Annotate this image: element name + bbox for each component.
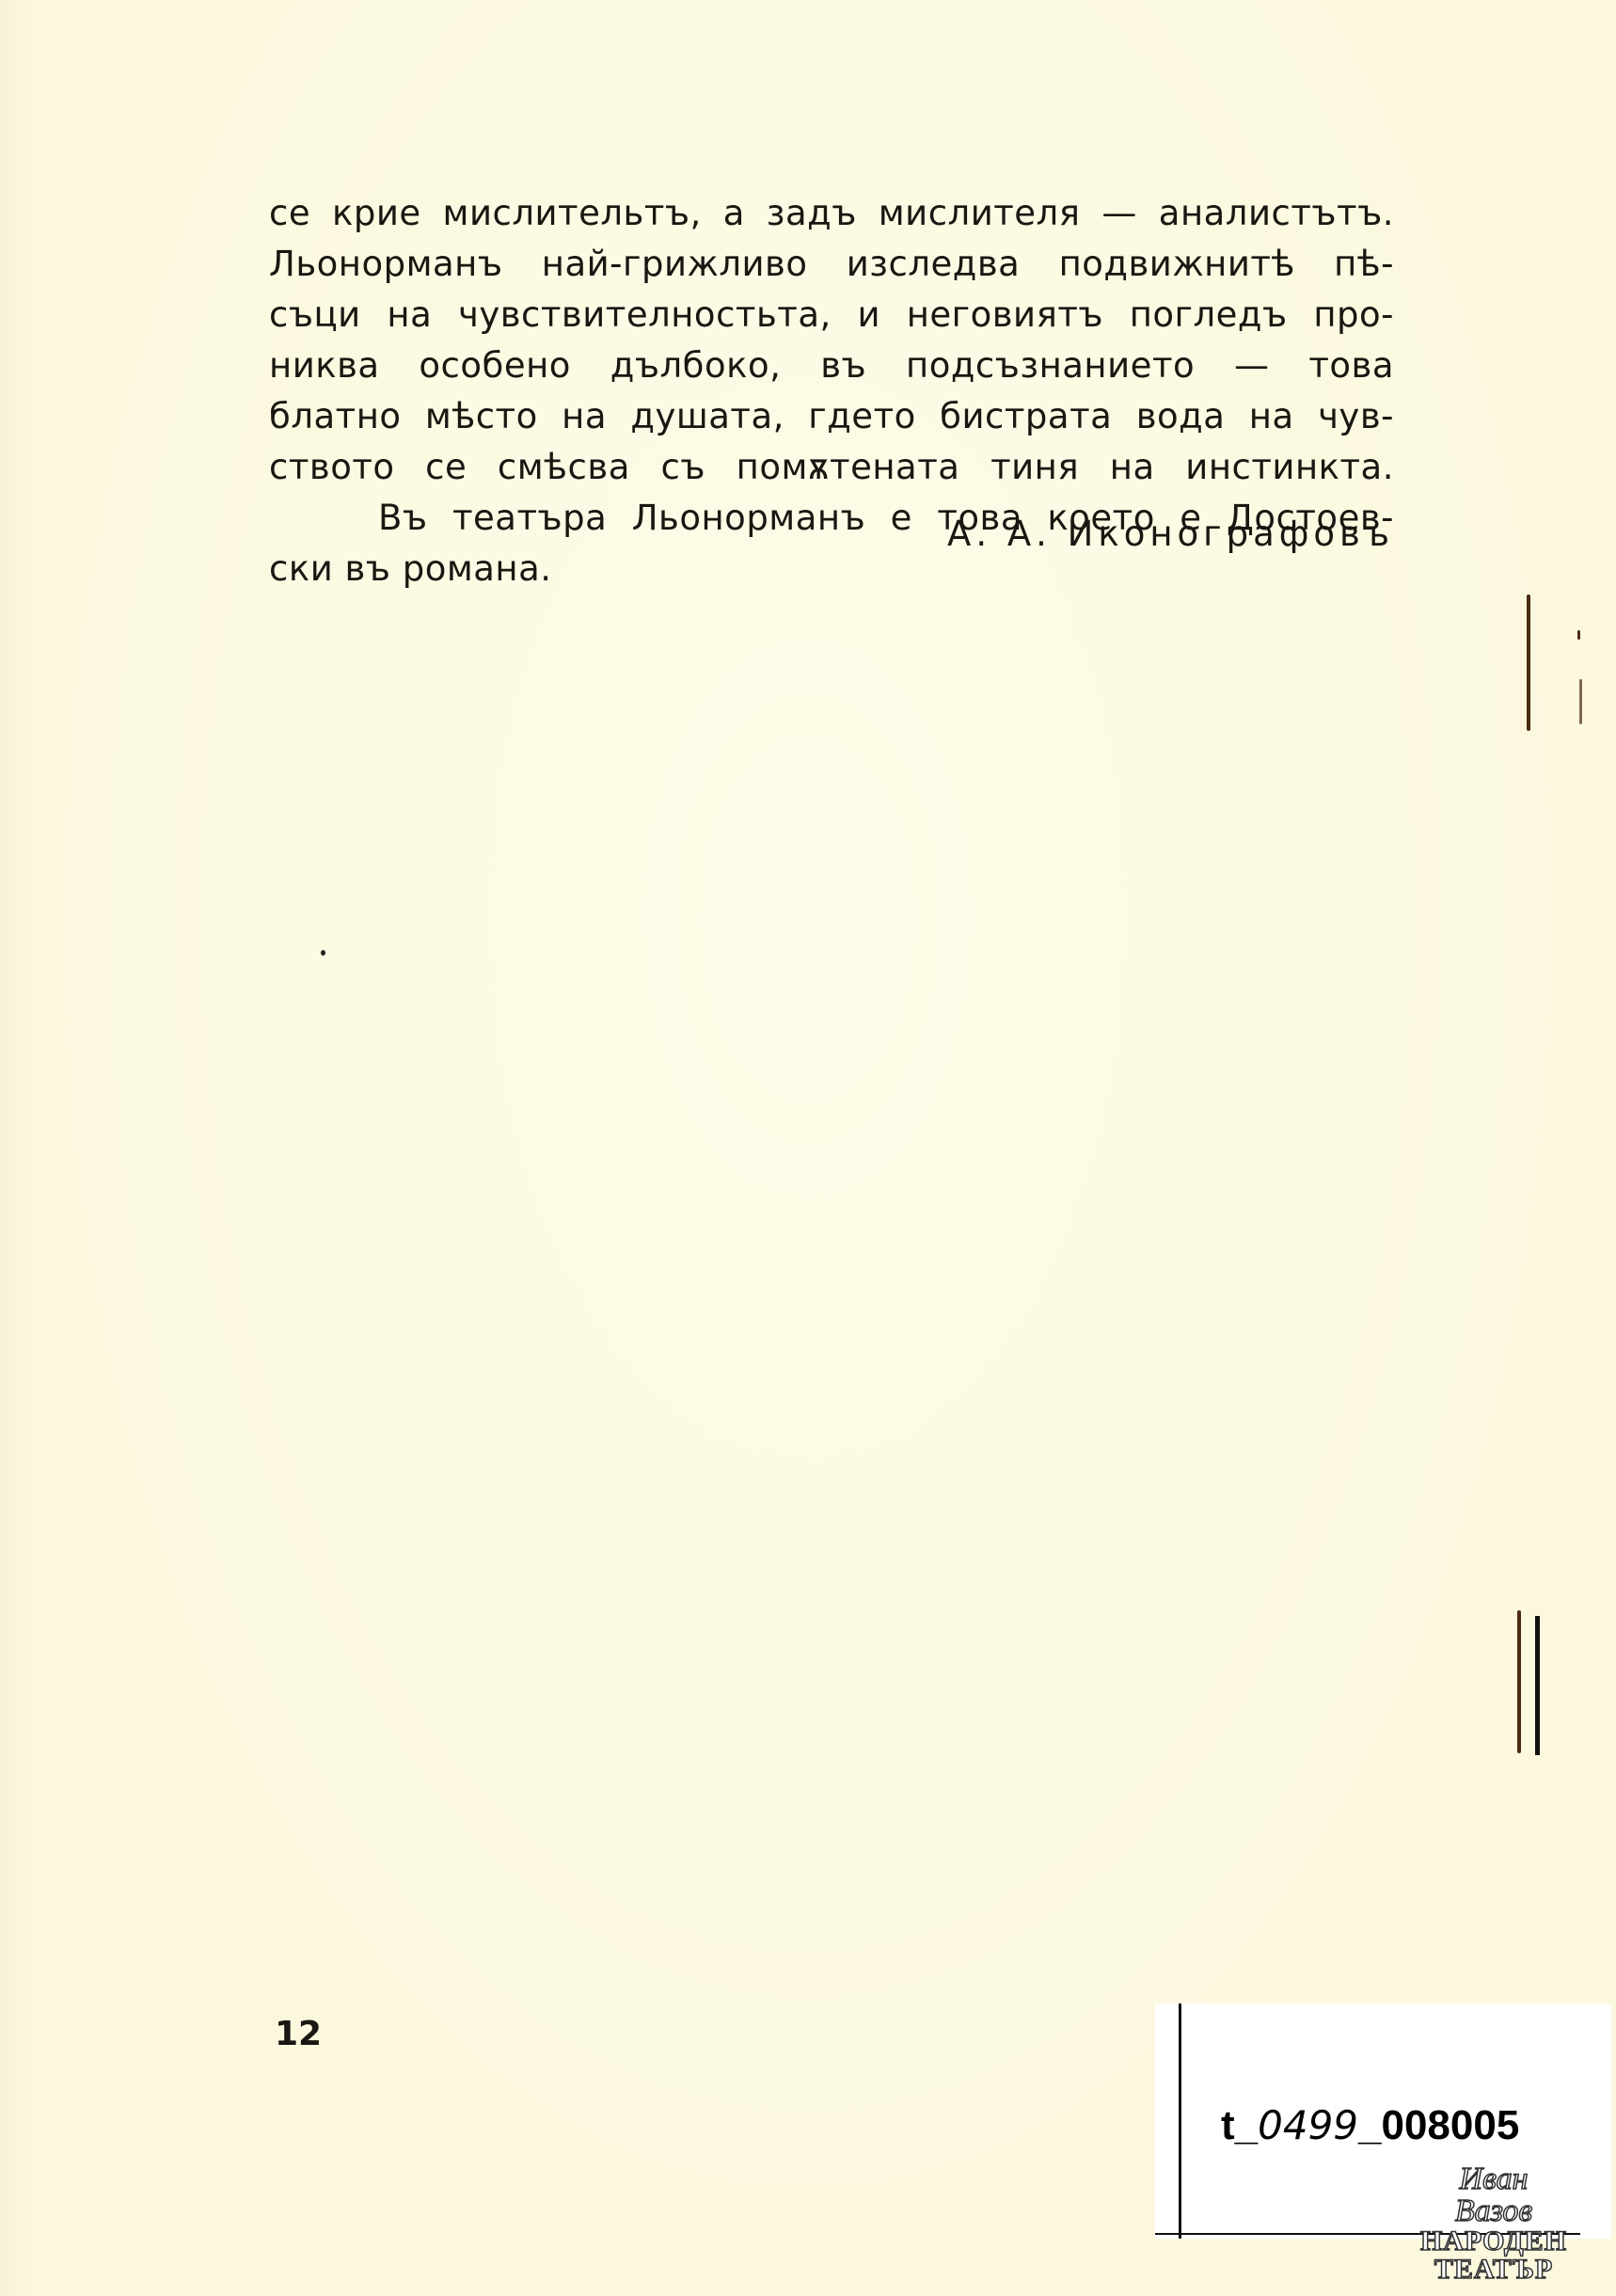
text-line: никва особено дълбоко, въ подсъзнанието … [269,340,1394,391]
author-signature: А. А. Иконографовъ [947,514,1394,554]
theatre-logo: Иван Вазов НАРОДЕН ТЕАТЪР [1418,2163,1569,2284]
ink-speck [321,950,325,956]
binding-mark [1535,1616,1540,1755]
binding-mark [1527,594,1530,731]
stamp-border [1179,2003,1181,2239]
logo-script: Иван Вазов [1418,2163,1569,2227]
text-line: блатно мѣсто на душата, гдето бистрата в… [269,391,1394,442]
archive-stamp: t_0499_008005 Иван Вазов НАРОДЕН ТЕАТЪР [1155,2003,1611,2239]
logo-line-2: ТЕАТЪР [1418,2256,1569,2284]
code-prefix: t_ [1221,2102,1258,2148]
text-line: Льонорманъ най-грижливо изследва подвижн… [269,239,1394,290]
text-line: ството се смѣсва съ помѫтената тиня на и… [269,442,1394,493]
text-line: съци на чувствителностьта, и неговиятъ п… [269,290,1394,340]
code-suffix: _008005 [1358,2102,1519,2148]
logo-line-1: НАРОДЕН [1418,2227,1569,2256]
page-number: 12 [275,2015,322,2053]
code-handwritten: 0499 [1258,2102,1358,2148]
binding-mark [1579,679,1582,724]
binding-mark [1517,1610,1521,1753]
archive-code: t_0499_008005 [1221,2102,1519,2149]
text-line: се крие мислительтъ, а задъ мислителя — … [269,188,1394,239]
binding-mark [1577,630,1580,640]
